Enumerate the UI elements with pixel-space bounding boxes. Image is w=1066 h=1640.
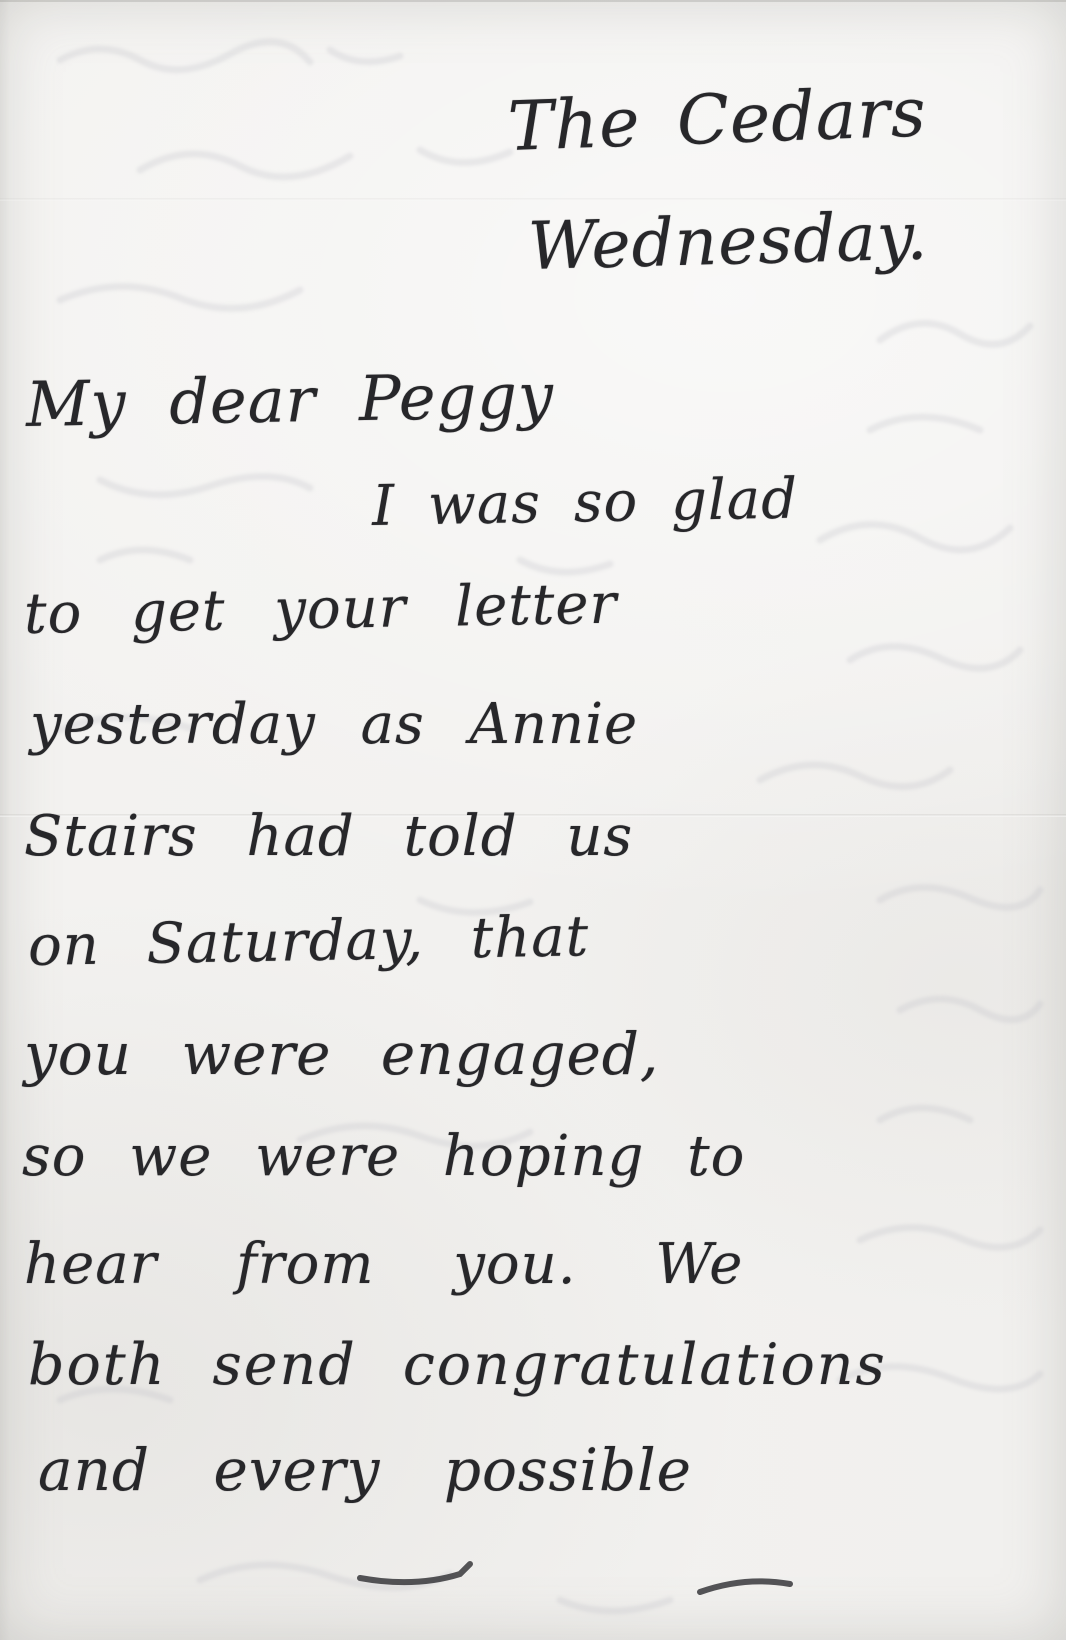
letter-line: I was so glad <box>371 467 798 539</box>
letter-line: hear from you. We <box>24 1232 743 1297</box>
letter-line: Stairs had told us <box>24 804 633 869</box>
letter-line: so we were hoping to <box>22 1124 745 1189</box>
letter-date-line: Wednesday. <box>527 198 929 285</box>
letter-line: both send congratulations <box>28 1332 887 1398</box>
letter-line: to get your letter <box>23 572 617 647</box>
letter-line: and every possible <box>38 1436 692 1504</box>
letter-line: yesterday as Annie <box>30 692 638 757</box>
letter-place-heading: The Cedars <box>507 73 928 167</box>
letter-line: you were engaged, <box>24 1020 659 1088</box>
letter-line: on Saturday, that <box>27 904 589 979</box>
letter-salutation: My dear Peggy <box>25 359 554 441</box>
letter-page: The Cedars Wednesday. My dear Peggy I wa… <box>0 0 1066 1640</box>
